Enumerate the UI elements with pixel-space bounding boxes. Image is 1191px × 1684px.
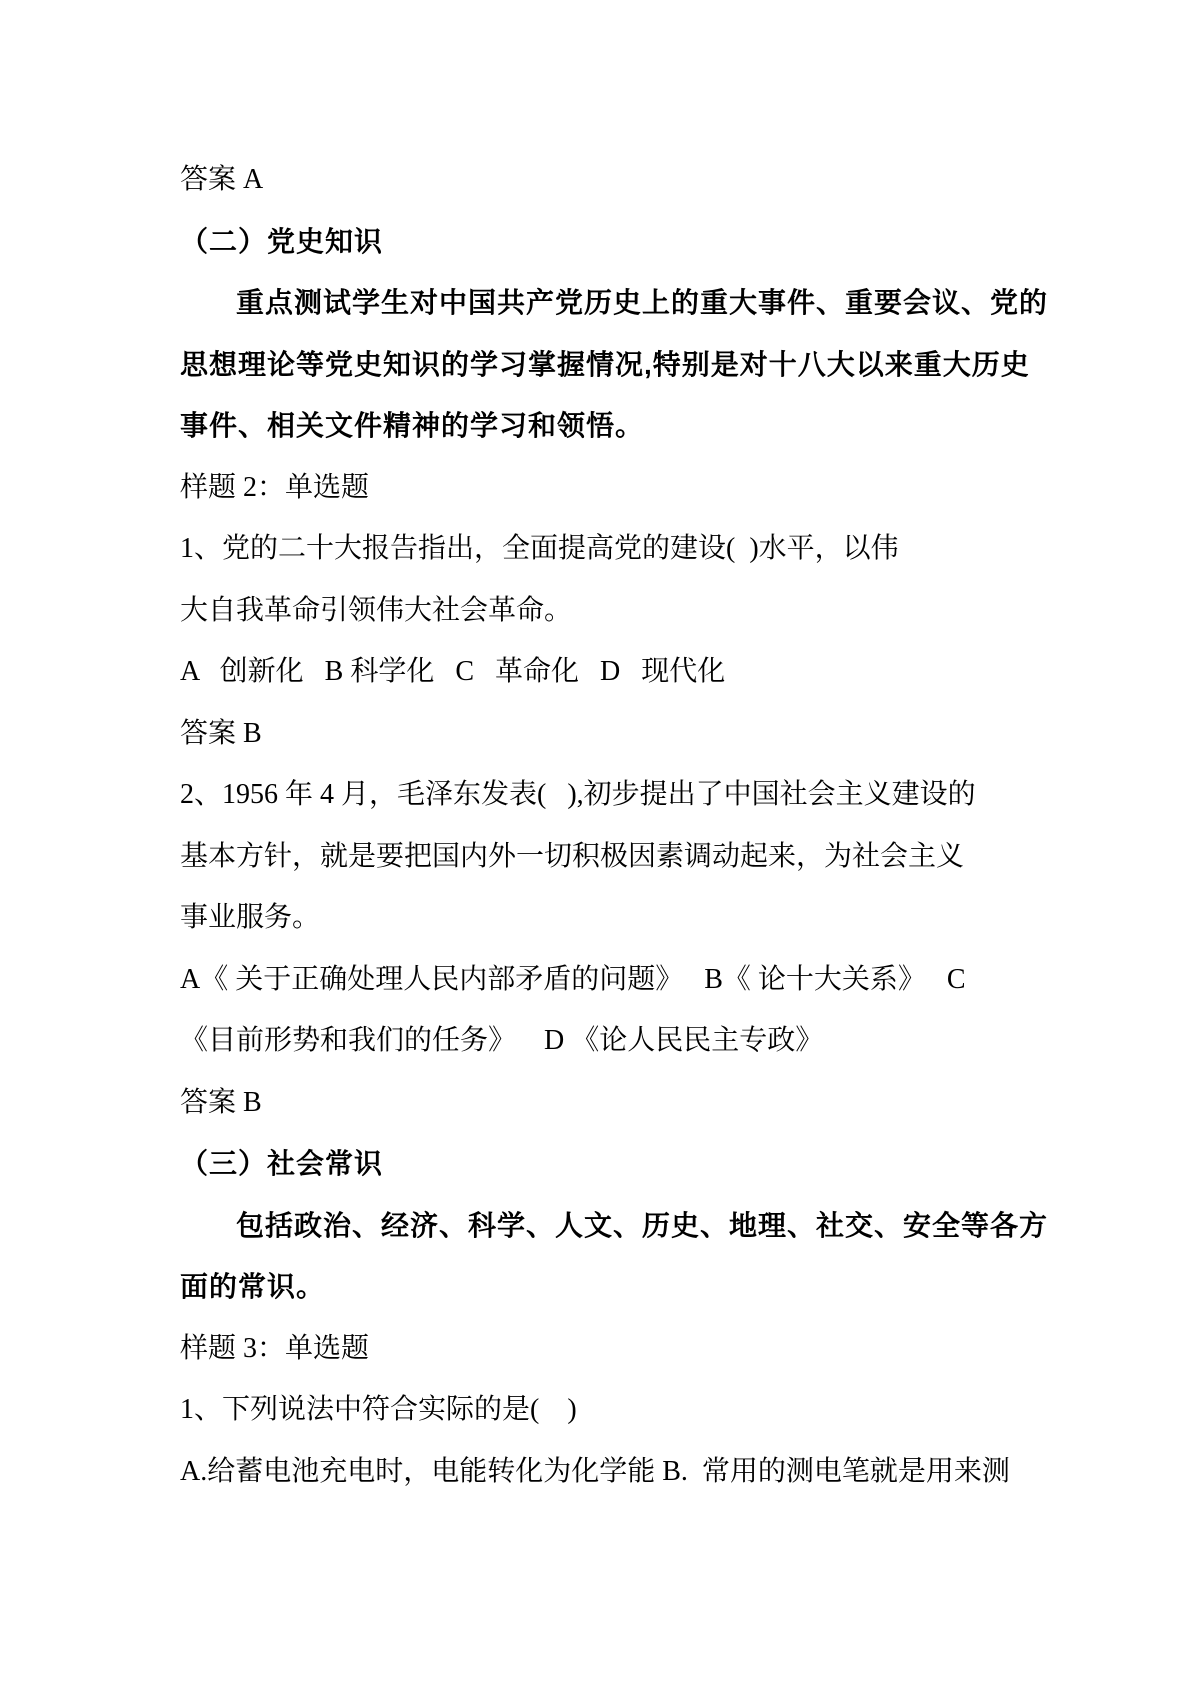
question-2-options-line-2: 《目前形势和我们的任务》 D 《论人民民主专政》 [180,1010,1015,1072]
question-3-1-options-line: A.给蓄电池充电时，电能转化为化学能 B. 常用的测电笔就是用来测 [180,1441,1015,1503]
section-2-intro-line-1: 重点测试学生对中国共产党历史上的重大事件、重要会议、党的 [180,272,1015,334]
section-heading-3: （三）社会常识 [180,1133,1015,1195]
sample-question-3-label: 样题 3：单选题 [180,1318,1015,1380]
question-2-line-2: 基本方针，就是要把国内外一切积极因素调动起来，为社会主义 [180,826,1015,888]
section-heading-2: （二）党史知识 [180,211,1015,273]
question-1-line-1: 1、党的二十大报告指出，全面提高党的建设( )水平，以伟 [180,518,1015,580]
document-content: 答案 A （二）党史知识 重点测试学生对中国共产党历史上的重大事件、重要会议、党… [180,149,1015,1502]
question-2-line-1: 2、1956 年 4 月，毛泽东发表( ),初步提出了中国社会主义建设的 [180,764,1015,826]
question-2-line-3: 事业服务。 [180,887,1015,949]
question-3-1-line: 1、下列说法中符合实际的是( ) [180,1379,1015,1441]
document-page: 答案 A （二）党史知识 重点测试学生对中国共产党历史上的重大事件、重要会议、党… [0,0,1191,1684]
question-2-answer: 答案 B [180,1072,1015,1134]
section-2-intro-line-3: 事件、相关文件精神的学习和领悟。 [180,395,1015,457]
question-1-line-2: 大自我革命引领伟大社会革命。 [180,580,1015,642]
question-2-options-line-1: A《 关于正确处理人民内部矛盾的问题》 B《 论十大关系》 C [180,949,1015,1011]
answer-a-line: 答案 A [180,149,1015,211]
section-3-intro-line-1: 包括政治、经济、科学、人文、历史、地理、社交、安全等各方 [180,1195,1015,1257]
sample-question-2-label: 样题 2：单选题 [180,457,1015,519]
question-1-options: A 创新化 B 科学化 C 革命化 D 现代化 [180,641,1015,703]
section-2-intro-line-2: 思想理论等党史知识的学习掌握情况,特别是对十八大以来重大历史 [180,334,1015,396]
question-1-answer: 答案 B [180,703,1015,765]
section-3-intro-line-2: 面的常识。 [180,1256,1015,1318]
